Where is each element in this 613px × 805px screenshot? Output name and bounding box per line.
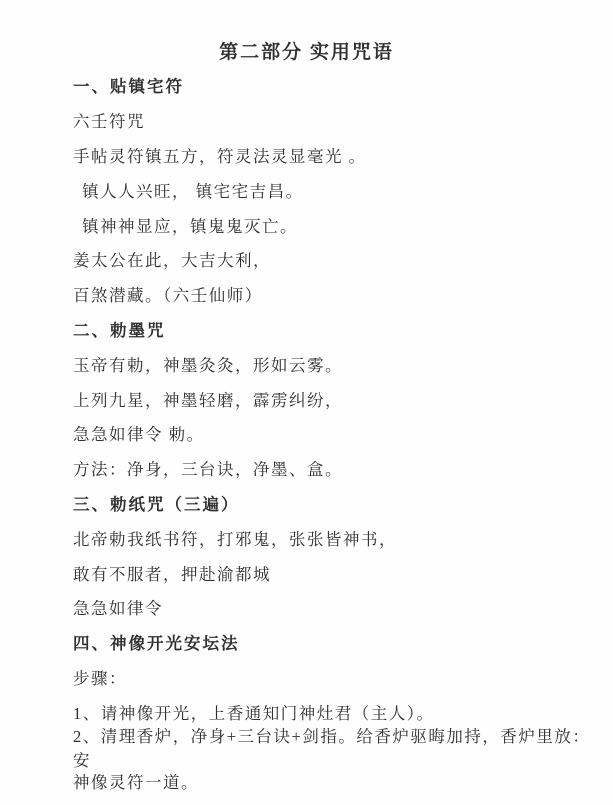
doc-line: 2、清理香炉，净身+三台诀+剑指。给香炉驱晦加持，香炉里放：安 (0, 729, 613, 764)
doc-line: 姜太公在此，大吉大利， (0, 242, 613, 277)
doc-line: 手帖灵符镇五方，符灵法灵显毫光 。 (0, 138, 613, 173)
section-heading-4: 四、神像开光安坛法 (0, 625, 613, 660)
doc-line: 镇人人兴旺， 镇宅宅吉昌。 (0, 172, 613, 207)
section-heading-1: 一、贴镇宅符 (0, 68, 613, 103)
doc-line: 百煞潜藏。（六壬仙师） (0, 277, 613, 312)
doc-line: 六壬符咒 (0, 103, 613, 138)
doc-line: 玉帝有勅，神墨灸灸，形如云雾。 (0, 346, 613, 381)
doc-line: 步骤： (0, 660, 613, 695)
doc-line: 上列九星，神墨轻磨，霹雳纠纷， (0, 381, 613, 416)
section-heading-3: 三、勅纸咒（三遍） (0, 486, 613, 521)
document-page: 第二部分 实用咒语 一、贴镇宅符 六壬符咒 手帖灵符镇五方，符灵法灵显毫光 。 … (0, 0, 613, 805)
doc-line: 急急如律令 (0, 590, 613, 625)
doc-line: 北帝勅我纸书符，打邪鬼，张张皆神书， (0, 520, 613, 555)
doc-line: 敢有不服者，押赴渝都城 (0, 555, 613, 590)
doc-line: 方法：净身，三台诀，净墨、盒。 (0, 451, 613, 486)
page-title: 第二部分 实用咒语 (0, 32, 613, 68)
doc-line: 急急如律令 勅。 (0, 416, 613, 451)
section-heading-2: 二、勅墨咒 (0, 312, 613, 347)
doc-line: 镇神神显应，镇鬼鬼灭亡。 (0, 207, 613, 242)
